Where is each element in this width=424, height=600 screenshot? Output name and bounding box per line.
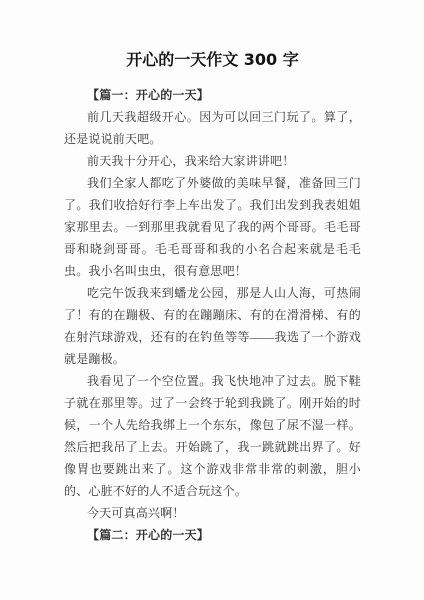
paragraph-2: 前天我十分开心，我来给大家讲讲吧！ [64, 150, 361, 172]
essay-body: 【篇一：开心的一天】 前几天我超级开心。因为可以回三门玩了。算了，还是说说前天吧… [64, 84, 361, 546]
paragraph-1: 前几天我超级开心。因为可以回三门玩了。算了，还是说说前天吧。 [64, 106, 361, 150]
paragraph-3: 我们全家人都吃了外婆做的美味早餐，准备回三门了。我们收拾好行李上车出发了。我们出… [64, 172, 361, 282]
paragraph-6: 今天可真高兴啊！ [64, 502, 361, 524]
section-heading-part1: 【篇一：开心的一天】 [64, 84, 361, 106]
section-heading-part2: 【篇二：开心的一天】 [64, 524, 361, 546]
paragraph-5: 我看见了一个空位置。我飞快地冲了过去。脱下鞋子就在那里等。过了一会终于轮到我跳了… [64, 370, 361, 502]
paragraph-4: 吃完午饭我来到蟠龙公园，那是人山人海，可热闹了！有的在蹦极、有的在蹦蹦床、有的在… [64, 282, 361, 370]
page-title: 开心的一天作文 300 字 [64, 48, 361, 72]
document-page: 开心的一天作文 300 字 【篇一：开心的一天】 前几天我超级开心。因为可以回三… [0, 0, 424, 600]
